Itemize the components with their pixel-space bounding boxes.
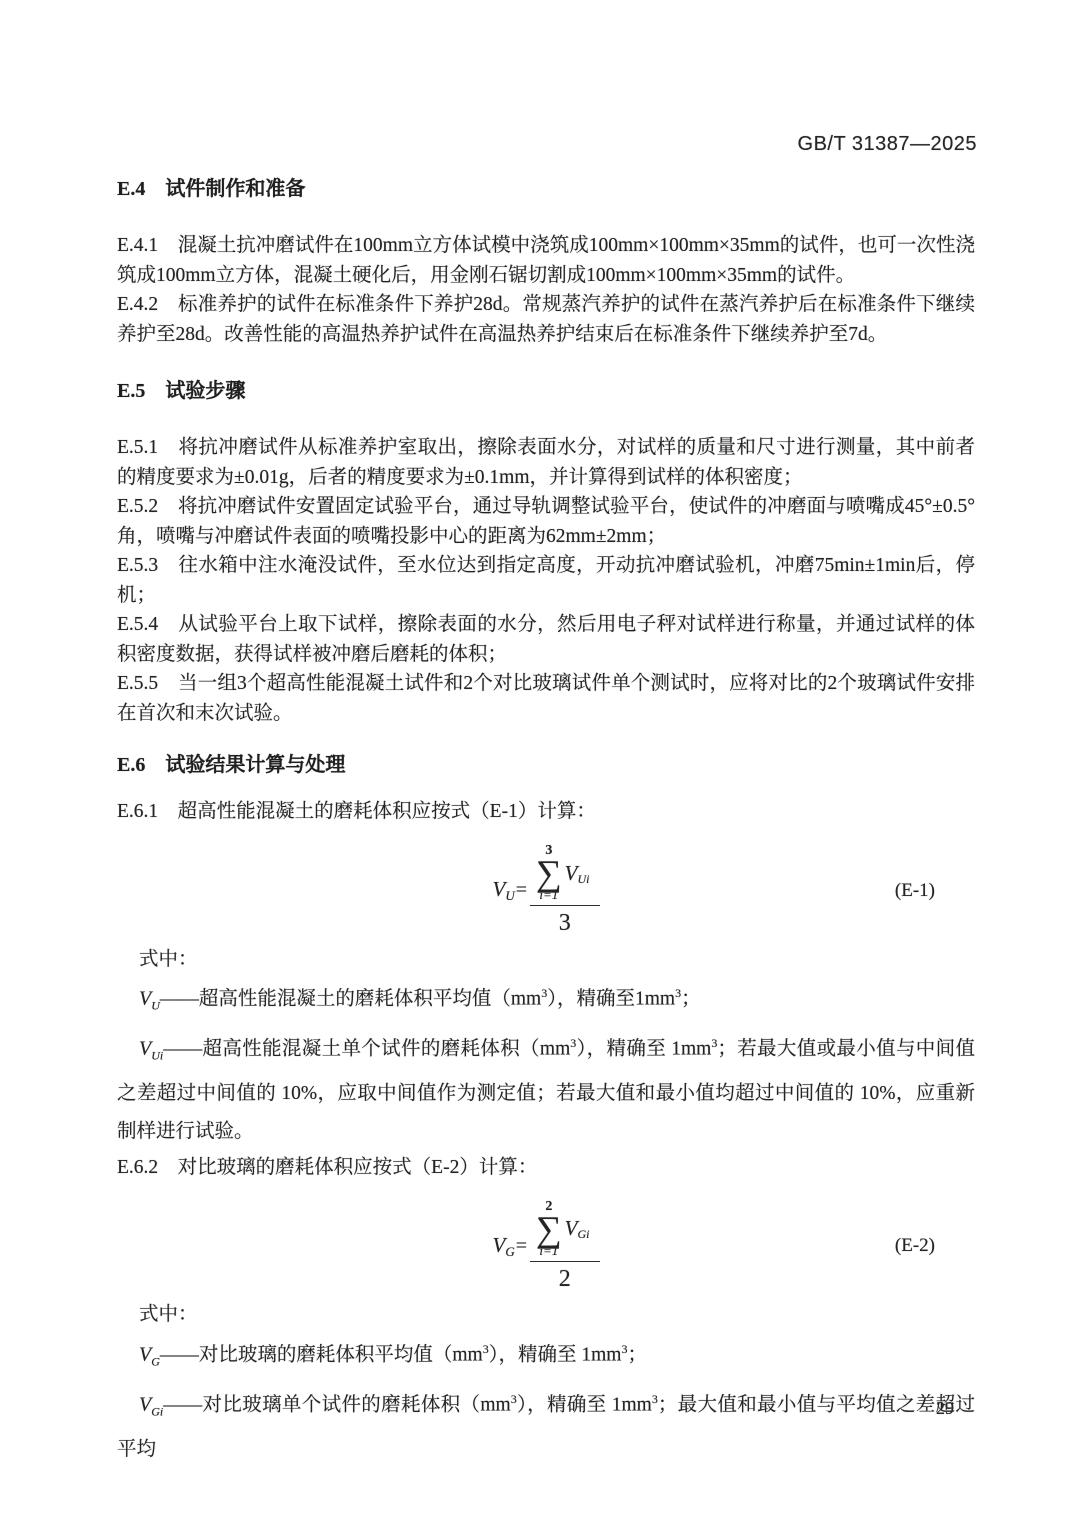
definition-vui-text: ——超高性能混凝土单个试件的磨耗体积（mm <box>163 1039 570 1060</box>
summation-icon: 3 ∑ i=1 <box>536 844 562 902</box>
definition-vui: VUi——超高性能混凝土单个试件的磨耗体积（mm3），精确至 1mm3；若最大值… <box>117 1024 975 1150</box>
definition-vg: VG——对比玻璃的磨耗体积平均值（mm3），精确至 1mm3； <box>117 1330 975 1380</box>
formula-e2: VG= 2 ∑ i=1 VGi 2 (E-2) <box>117 1192 975 1300</box>
summation-icon: 2 ∑ i=1 <box>536 1200 562 1258</box>
paragraph-e6-2: E.6.2 对比玻璃的磨耗体积应按式（E-2）计算： <box>117 1153 975 1183</box>
paragraph-e4-2: E.4.2 标准养护的试件在标准条件下养护28d。常规蒸汽养护的试件在蒸汽养护后… <box>117 290 975 349</box>
paragraph-e5-4: E.5.4 从试验平台上取下试样，擦除表面的水分，然后用电子秤对试样进行称量，并… <box>117 610 975 669</box>
where-intro-e1: 式中： <box>117 945 975 975</box>
definition-vgi: VGi——对比玻璃单个试件的磨耗体积（mm3），精确至 1mm3；最大值和最小值… <box>117 1380 975 1468</box>
formula-e1-lhs: VU= <box>493 877 531 904</box>
paragraph-e4-1: E.4.1 混凝土抗冲磨试件在100mm立方体试模中浇筑成100mm×100mm… <box>117 231 975 290</box>
document-page: GB/T 31387—2025 E.4 试件制作和准备 E.4.1 混凝土抗冲磨… <box>0 0 1080 1527</box>
formula-e1: VU= 3 ∑ i=1 VUi 3 (E-1) <box>117 837 975 945</box>
formula-e2-denominator: 2 <box>559 1262 571 1293</box>
formula-e2-summand: VGi <box>565 1216 590 1241</box>
page-content: E.4 试件制作和准备 E.4.1 混凝土抗冲磨试件在100mm立方体试模中浇筑… <box>117 176 975 1469</box>
definition-vgi-text: ——对比玻璃单个试件的磨耗体积（mm <box>163 1395 511 1416</box>
formula-e2-lhs: VG= <box>493 1233 531 1260</box>
heading-e5: E.5 试验步骤 <box>117 378 975 405</box>
standard-number: GB/T 31387—2025 <box>798 133 977 156</box>
formula-e1-summand: VUi <box>565 861 590 886</box>
heading-e6: E.6 试验结果计算与处理 <box>117 752 975 779</box>
heading-e4: E.4 试件制作和准备 <box>117 176 975 203</box>
formula-e1-denominator: 3 <box>559 906 571 937</box>
formula-e1-expression: VU= 3 ∑ i=1 VUi 3 <box>493 844 600 937</box>
paragraph-e5-2: E.5.2 将抗冲磨试件安置固定试验平台，通过导轨调整试验平台，使试件的冲磨面与… <box>117 492 975 551</box>
formula-e2-numerator: 2 ∑ i=1 VGi <box>530 1200 600 1262</box>
formula-e1-fraction: 3 ∑ i=1 VUi 3 <box>530 844 600 937</box>
page-number: 29 <box>936 1398 954 1419</box>
where-intro-e2: 式中： <box>117 1300 975 1330</box>
formula-e1-numerator: 3 ∑ i=1 VUi <box>530 844 600 906</box>
paragraph-e5-1: E.5.1 将抗冲磨试件从标准养护室取出，擦除表面水分，对试样的质量和尺寸进行测… <box>117 433 975 492</box>
definition-vu-text: ——超高性能混凝土的磨耗体积平均值（mm <box>160 989 541 1010</box>
definition-vg-text: ——对比玻璃的磨耗体积平均值（mm <box>160 1344 483 1365</box>
paragraph-e5-3: E.5.3 往水箱中注水淹没试件，至水位达到指定高度，开动抗冲磨试验机，冲磨75… <box>117 551 975 610</box>
definition-vu: VU——超高性能混凝土的磨耗体积平均值（mm3），精确至1mm3； <box>117 974 975 1024</box>
paragraph-e5-5: E.5.5 当一组3个超高性能混凝土试件和2个对比玻璃试件单个测试时，应将对比的… <box>117 669 975 728</box>
formula-e2-expression: VG= 2 ∑ i=1 VGi 2 <box>493 1200 600 1293</box>
paragraph-e6-1: E.6.1 超高性能混凝土的磨耗体积应按式（E-1）计算： <box>117 797 975 827</box>
formula-e2-fraction: 2 ∑ i=1 VGi 2 <box>530 1200 600 1293</box>
formula-e1-label: (E-1) <box>895 880 935 902</box>
formula-e2-label: (E-2) <box>895 1235 935 1257</box>
